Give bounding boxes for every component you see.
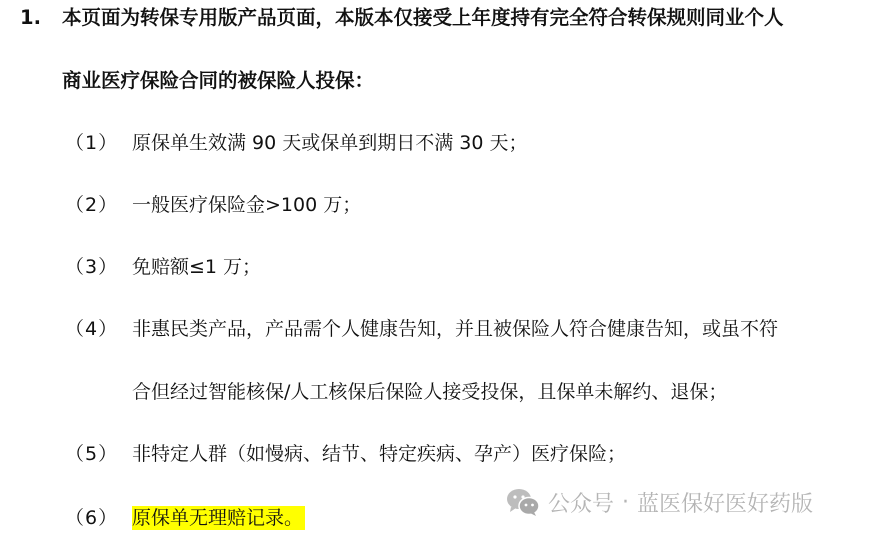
watermark-label: 公众号 <box>548 487 614 518</box>
section-heading-text-2: 商业医疗保险合同的被保险人投保： <box>62 69 374 93</box>
wechat-icon <box>506 487 540 517</box>
document-page: 1. 本页面为转保专用版产品页面，本版本仅接受上年度持有完全符合转保规则同业个人… <box>0 0 874 537</box>
list-item-text: 免赔额≤1 万； <box>132 255 261 279</box>
list-item-number: （3） <box>65 255 118 279</box>
list-item-number: （1） <box>65 131 118 155</box>
list-item-number: （6） <box>65 506 118 530</box>
list-item-text: 非惠民类产品，产品需个人健康告知，并且被保险人符合健康告知，或虽不符 <box>132 317 778 341</box>
section-heading-text-1: 本页面为转保专用版产品页面，本版本仅接受上年度持有完全符合转保规则同业个人 <box>62 6 784 30</box>
wechat-watermark: 公众号 · 蓝医保好医好药版 <box>506 485 813 519</box>
watermark-account: 蓝医保好医好药版 <box>637 487 813 518</box>
list-item-text: 一般医疗保险金>100 万； <box>132 193 361 217</box>
highlighted-text: 原保单无理赔记录。 <box>132 506 305 530</box>
list-item-text: 非特定人群（如慢病、结节、特定疾病、孕产）医疗保险； <box>132 442 626 466</box>
list-item-text: 合但经过智能核保/人工核保后保险人接受投保，且保单未解约、退保； <box>132 380 727 404</box>
section-number: 1. <box>20 6 41 30</box>
list-item-number: （5） <box>65 442 118 466</box>
list-item-number: （4） <box>65 317 118 341</box>
watermark-separator: · <box>622 490 629 515</box>
list-item-text: 原保单生效满 90 天或保单到期日不满 30 天； <box>132 131 528 155</box>
list-item-number: （2） <box>65 193 118 217</box>
